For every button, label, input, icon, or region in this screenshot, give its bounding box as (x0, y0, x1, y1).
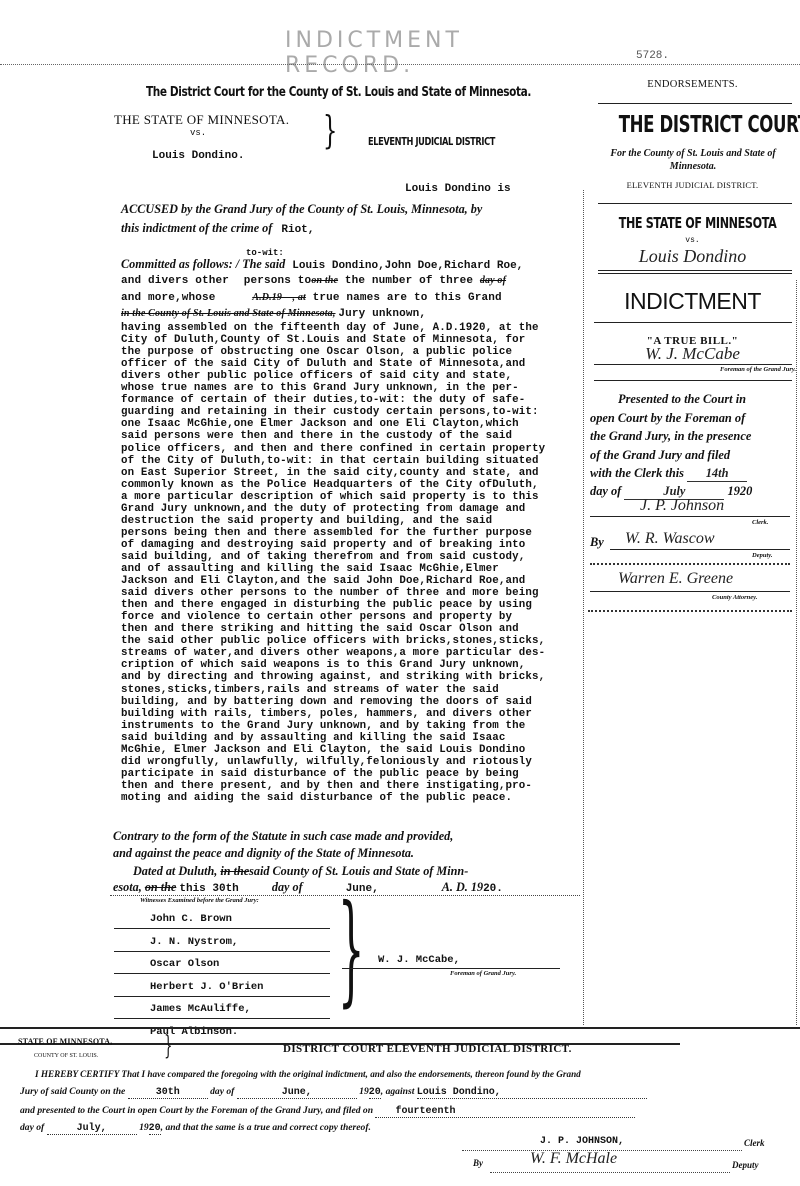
body-line: instruments to the Grand Jury unknown, a… (121, 720, 525, 732)
body-line: a more particular description of which s… (121, 491, 539, 503)
filed-day: 14th (687, 466, 747, 482)
body-line: City of Duluth,County of St.Louis and St… (121, 334, 525, 346)
court-header: The District Court for the County of St.… (146, 84, 531, 100)
record-title: INDICTMENT RECORD. (285, 28, 585, 78)
certificate-filed-year: 20 (149, 1123, 161, 1135)
body-line: destruction the said property and buildi… (121, 515, 492, 527)
struck-text: on the (311, 275, 338, 286)
accusation-line-2: this indictment of the crime of Riot, (121, 221, 314, 236)
committed-prefix: Committed as follows: / The said (121, 257, 285, 271)
body-line: then and there striking and hitting the … (121, 623, 519, 635)
certificate-deputy-signature: W. F. McHale (530, 1150, 617, 1168)
body-line: building with rails, timbers, poles, ham… (121, 708, 532, 720)
body-line: Grand Jury unknown,and the duty of prote… (121, 503, 525, 515)
endorsement-vs: vs. (590, 236, 795, 245)
deputy-line (490, 1172, 730, 1173)
header-divider (0, 64, 800, 65)
presented-line: open Court by the Foreman of (590, 411, 745, 426)
body-line: on East Superior Street, in the said cit… (121, 467, 539, 479)
rule (594, 364, 792, 365)
defendant-name: Louis Dondino. (152, 150, 244, 162)
text-fragment: and more,whose (121, 292, 216, 304)
rule (598, 103, 792, 104)
text-fragment: 19 (139, 1122, 149, 1133)
committed-line-3: and more,whose A.D.19---, at true names … (121, 292, 502, 304)
endorsements-heading: ENDORSEMENTS. (590, 79, 795, 90)
struck-text: in the County of St. Louis and State of … (121, 308, 336, 319)
body-line: police officers, and then and there conf… (121, 443, 545, 455)
certificate-divider (0, 1027, 800, 1029)
text-fragment: and presented to the Court in open Court… (20, 1105, 373, 1116)
text-fragment: Dated at Duluth, (133, 864, 217, 878)
defendant-is: Louis Dondino is (405, 183, 511, 195)
clerk-caption: Clerk. (752, 519, 768, 526)
rule (594, 322, 792, 323)
struck-text: in the (220, 864, 249, 878)
rule (594, 380, 792, 381)
certificate-county: COUNTY OF ST. LOUIS. (34, 1053, 98, 1059)
body-line: the said other public police officers wi… (121, 635, 545, 647)
certificate-year: 20 (369, 1087, 381, 1099)
body-line: guarding and retaining in their custody … (121, 406, 539, 418)
district-label: ELEVENTH JUDICIAL DISTRICT. (590, 180, 795, 190)
date-day: this 30th (179, 883, 238, 895)
text-fragment: Jury unknown, (338, 308, 426, 320)
body-line: whose true names are to this Grand Jury … (121, 382, 519, 394)
certificate-clerk-label: Clerk (744, 1138, 765, 1148)
body-line: McGhie, Elmer Jackson and Eli Clayton, t… (121, 744, 525, 756)
foreman-signature: W. J. McCabe (590, 344, 795, 364)
presented-line: the Grand Jury, in the presence (590, 429, 751, 444)
closing-line-2: and against the peace and dignity of the… (113, 846, 414, 861)
crime-prefix: this indictment of the crime of (121, 221, 272, 235)
endorsement-state: THE STATE OF MINNESOTA (619, 214, 767, 232)
certificate-deputy-label: Deputy (732, 1160, 759, 1170)
witness-line (114, 928, 330, 929)
text-fragment: true names are to this Grand (313, 292, 502, 304)
rule (610, 549, 790, 550)
body-line: formance of certain of their duties,to-w… (121, 394, 525, 406)
body-line: moting and aiding the said disturbance o… (121, 792, 512, 804)
committed-line-4: in the County of St. Louis and State of … (121, 307, 426, 320)
committed-line-2: and divers other persons toon the the nu… (121, 275, 506, 287)
clerk-signature: J. P. Johnson (640, 497, 724, 515)
presented-line: of the Grand Jury and filed (590, 448, 730, 463)
filed-line: with the Clerk this 14th (590, 466, 747, 482)
foreman-caption: Foreman of the Grand Jury. (720, 366, 796, 373)
text-fragment: esota, (113, 880, 142, 894)
body-line: one Isaac McGhie,one Elmer Jackson and o… (121, 418, 519, 430)
body-line: of the City of Duluth,to-wit: in that ce… (121, 455, 539, 467)
rule (590, 516, 790, 517)
text-fragment: day of (590, 484, 621, 498)
certificate-filed-day: fourteenth (375, 1106, 635, 1118)
text-fragment: , and that the same is a true and correc… (161, 1122, 371, 1133)
foreman-line (342, 968, 560, 969)
body-line: then and there present, and by then and … (121, 780, 532, 792)
text-fragment: Jury of said County on the (20, 1086, 125, 1097)
body-line: said building and by assaulting and kill… (121, 732, 506, 744)
certificate-day: 30th (128, 1087, 208, 1099)
text-fragment: against (386, 1086, 415, 1097)
rule (590, 563, 790, 565)
body-line: streams of water,and divers other weapon… (121, 647, 545, 659)
rule (598, 270, 792, 271)
witness-name: Oscar Olson (150, 958, 219, 970)
attorney-signature: Warren E. Greene (618, 570, 733, 588)
closing-line-4: esota, on the this 30th day of June, A. … (113, 880, 503, 895)
struck-text: on the (145, 880, 177, 894)
struck-text: day of (480, 275, 506, 286)
witness-line (114, 1018, 330, 1019)
body-line: then and there engaged in disturbing the… (121, 599, 532, 611)
body-line: having assembled on the fifteenth day of… (121, 322, 539, 334)
text-fragment: A. D. 19 (442, 880, 483, 894)
certificate-title: DISTRICT COURT ELEVENTH JUDICIAL DISTRIC… (283, 1043, 572, 1055)
column-divider (583, 190, 584, 1025)
certificate-line-1: I HEREBY CERTIFY That I have compared th… (35, 1069, 581, 1079)
text-fragment: day of (272, 880, 303, 894)
body-line: commonly known as the Police Headquarter… (121, 479, 539, 491)
committed-line-1: Committed as follows: / The said Louis D… (121, 257, 523, 272)
district-court-title: THE DISTRICT COURT, (619, 112, 767, 138)
versus: vs. (190, 128, 206, 138)
certificate-line-2: Jury of said County on the 30th day of J… (20, 1086, 647, 1099)
text-fragment: persons to (244, 275, 312, 287)
body-line: said building, and of taking therefrom a… (121, 551, 525, 563)
rule (590, 591, 790, 592)
text-fragment: with the Clerk this (590, 466, 684, 480)
certificate-by: By (473, 1158, 483, 1168)
body-line: said divers other persons to the number … (121, 587, 539, 599)
text-fragment: day of (20, 1122, 44, 1133)
body-line: said persons were then and there in the … (121, 430, 512, 442)
district-court-subtitle: For the County of St. Louis and State of… (598, 147, 788, 173)
rule (598, 273, 792, 274)
body-line: divers other public police officers of s… (121, 370, 512, 382)
deputy-caption: Deputy. (752, 552, 773, 559)
witness-line (114, 951, 330, 952)
closing-line-3: Dated at Duluth, in thesaid County of St… (133, 864, 468, 879)
witness-name: James McAuliffe, (150, 1003, 251, 1015)
certificate-clerk-name: J. P. JOHNSON, (540, 1136, 624, 1147)
body-line: persons being then and there assembled f… (121, 527, 532, 539)
certificate-filed-month: July, (47, 1123, 137, 1135)
presented-line: Presented to the Court in (618, 392, 746, 407)
text-fragment: the number of three (345, 275, 473, 287)
body-line: cription of which said weapons is to thi… (121, 659, 525, 671)
witness-line (114, 973, 330, 974)
text-fragment: and divers other (121, 275, 229, 287)
witness-name: Herbert J. O'Brien (150, 981, 263, 993)
body-line: participate in said disturbance of the p… (121, 768, 519, 780)
foreman-label: Foreman of Grand Jury. (450, 970, 516, 977)
indictment-title: INDICTMENT (590, 288, 795, 315)
witness-name: John C. Brown (150, 913, 232, 925)
foreman-name: W. J. McCabe, (378, 954, 460, 966)
plaintiff: THE STATE OF MINNESOTA. (114, 112, 289, 128)
witness-line (114, 996, 330, 997)
certificate-defendant: Louis Dondino, (417, 1087, 647, 1099)
crime-name: Riot, (281, 224, 314, 236)
text-fragment: 19 (359, 1086, 369, 1097)
text-fragment: said County of St. Louis and State of Mi… (249, 864, 468, 878)
certificate-line-3: and presented to the Court in open Court… (20, 1105, 635, 1118)
committed-names: Louis Dondino,John Doe,Richard Roe, (292, 260, 523, 272)
body-line: force and violence to certain other pers… (121, 611, 512, 623)
filed-year: 1920 (728, 484, 753, 498)
body-line: stones,sticks,timbers,rails and streams … (121, 684, 499, 696)
closing-line-1: Contrary to the form of the Statute in s… (113, 829, 453, 844)
body-line: of damaging and destroying said property… (121, 539, 525, 551)
certificate-month: June, (237, 1087, 357, 1099)
witness-label: Witnesses Examined before the Grand Jury… (140, 897, 259, 904)
defendant-signature: Louis Dondino (590, 246, 795, 267)
date-year: 20. (483, 883, 503, 895)
rule (588, 610, 792, 612)
body-line: and by directing and throwing against, a… (121, 671, 545, 683)
body-line: building, and by battering down and remo… (121, 696, 532, 708)
certificate-line-4: day of July, 1920, and that the same is … (20, 1122, 371, 1135)
deputy-by: By (590, 535, 604, 550)
accusation-line-1: ACCUSED by the Grand Jury of the County … (121, 202, 482, 217)
deputy-signature: W. R. Wascow (625, 530, 715, 548)
brace-icon: } (323, 111, 338, 149)
body-line: the purpose of obstructing one Oscar Ols… (121, 346, 512, 358)
witness-name: J. N. Nystrom, (150, 936, 238, 948)
body-line: and of assaulting and killing the said I… (121, 563, 499, 575)
rule (598, 203, 792, 204)
brace-icon: } (164, 1031, 172, 1061)
body-line: did wrongfully, unlawfully, wilfully,fel… (121, 756, 532, 768)
body-line: Jackson and Eli Clayton,and the said Joh… (121, 575, 525, 587)
column-divider (796, 280, 797, 1025)
certificate-state: STATE OF MINNESOTA, (18, 1037, 112, 1046)
body-line: officer of the said City of Duluth and S… (121, 358, 525, 370)
judicial-district: ELEVENTH JUDICIAL DISTRICT (368, 135, 495, 148)
attorney-caption: County Attorney. (712, 594, 757, 601)
brace-icon: } (338, 890, 365, 1010)
record-number: 5728. (636, 50, 669, 62)
struck-text: A.D.19---, at (252, 292, 306, 303)
text-fragment: day of (210, 1086, 234, 1097)
